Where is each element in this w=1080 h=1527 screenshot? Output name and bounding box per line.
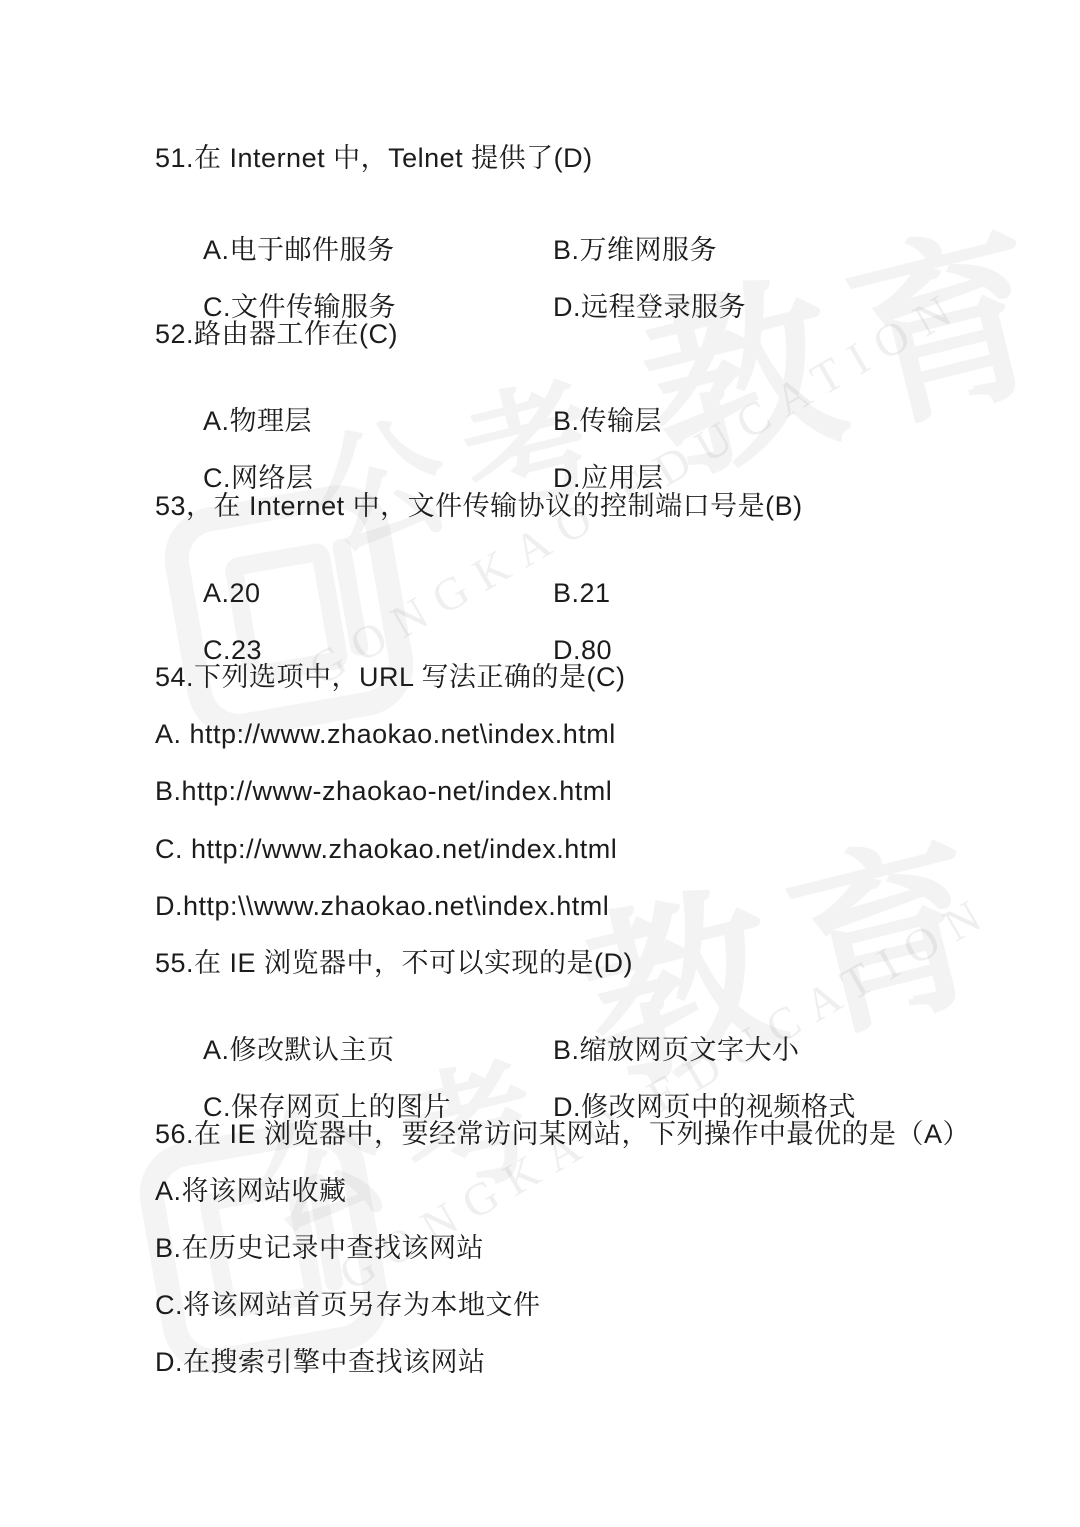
option-a: A.修改默认主页 xyxy=(203,1035,553,1065)
option-a: A.将该网站收藏 xyxy=(155,1176,347,1206)
option-a: A.物理层 xyxy=(203,406,553,436)
option-a: A. http://www.zhaokao.net\index.html xyxy=(155,719,616,749)
option-c: C.保存网页上的图片 xyxy=(203,1092,553,1122)
question-stem: 53，在 Internet 中，文件传输协议的控制端口号是(B) xyxy=(155,491,803,521)
option-c: C.网络层 xyxy=(203,463,553,493)
document-page: 教育 公考 GONGKAO EDUCATION 教育 公考 GONGKAO ED… xyxy=(0,0,1080,1527)
option-b: B.缩放网页文字大小 xyxy=(553,1035,800,1065)
question-stem: 55.在 IE 浏览器中，不可以实现的是(D) xyxy=(155,948,633,978)
question-stem: 52.路由器工作在(C) xyxy=(155,319,398,349)
option-b: B.传输层 xyxy=(553,406,662,436)
option-c: C.23 xyxy=(203,635,553,665)
option-c: C. http://www.zhaokao.net/index.html xyxy=(155,834,617,864)
option-c: C.文件传输服务 xyxy=(203,292,553,322)
option-b: B.万维网服务 xyxy=(553,235,717,265)
option-d: D.在搜索引擎中查找该网站 xyxy=(155,1347,486,1377)
question-stem: 56.在 IE 浏览器中，要经常访问某网站，下列操作中最优的是（A） xyxy=(155,1119,970,1149)
option-d: D.远程登录服务 xyxy=(553,292,746,322)
question-stem: 54.下列选项中，URL 写法正确的是(C) xyxy=(155,662,626,692)
option-a: A.电于邮件服务 xyxy=(203,235,553,265)
option-d: D.http:\\www.zhaokao.net\index.html xyxy=(155,891,609,921)
option-d: D.80 xyxy=(553,635,612,665)
option-c: C.将该网站首页另存为本地文件 xyxy=(155,1290,541,1320)
option-b: B.http://www-zhaokao-net/index.html xyxy=(155,776,612,806)
exam-content: 51.在 Internet 中，Telnet 提供了(D) A.电于邮件服务B.… xyxy=(155,0,1065,1527)
question-stem: 51.在 Internet 中，Telnet 提供了(D) xyxy=(155,143,593,173)
option-d: D.应用层 xyxy=(553,463,664,493)
option-b: B.21 xyxy=(553,578,611,608)
option-b: B.在历史记录中查找该网站 xyxy=(155,1233,484,1263)
option-a: A.20 xyxy=(203,578,553,608)
option-d: D.修改网页中的视频格式 xyxy=(553,1092,856,1122)
